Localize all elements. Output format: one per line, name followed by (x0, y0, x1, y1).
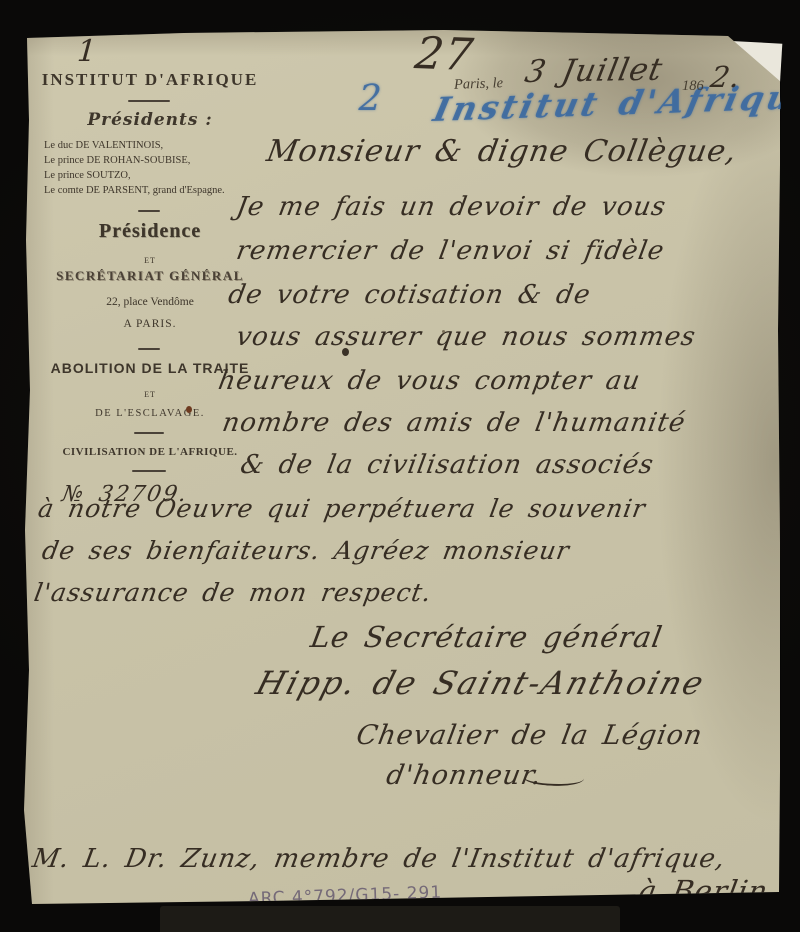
body-line: l'assurance de mon respect. (32, 578, 434, 607)
pen-flourish (724, 889, 777, 908)
signature-title: Chevalier de la Légion (354, 720, 705, 751)
dateline-year-digit: 2. (708, 60, 744, 94)
body-line: vous assurer que nous sommes (234, 322, 698, 352)
addressee-line: M. L. Dr. Zunz, membre de l'Institut d'a… (30, 844, 728, 874)
body-line: de votre cotisation & de (226, 280, 593, 310)
mission-civilisation: CIVILISATION DE L'AFRIQUE. (38, 446, 262, 458)
signature-title: d'honneur. (384, 760, 544, 791)
ink-speck (442, 330, 445, 333)
address-city: A PARIS. (38, 318, 262, 330)
divider (128, 100, 170, 102)
divider (134, 432, 164, 434)
president-line: Le duc DE VALENTINOIS, (44, 138, 274, 153)
presidence-label: Présidence (38, 220, 262, 243)
divider (132, 470, 166, 472)
folio-number-annotation: 27 (412, 28, 477, 81)
presidents-list: Le duc DE VALENTINOIS, Le prince DE ROHA… (44, 138, 274, 198)
letterhead-title: INSTITUT D'AFRIQUE (38, 70, 262, 90)
body-line: Je me fais un devoir de vous (234, 192, 669, 222)
closing-role: Le Secrétaire général (308, 620, 665, 654)
et-label: ET (38, 256, 262, 265)
divider (138, 348, 160, 350)
ink-speck (186, 406, 192, 413)
body-line: nombre des amis de l'humanité (220, 408, 688, 438)
blue-pencil-number: 2 (358, 78, 383, 119)
dateline-day-month: 3 Juillet (522, 52, 666, 90)
body-line: à notre Oeuvre qui perpétuera le souveni… (36, 494, 648, 523)
body-line: remercier de l'envoi si fidèle (234, 236, 667, 266)
secretariat-label: SECRÉTARIAT GÉNÉRAL (38, 268, 262, 284)
letter-page: 1 27 2 Institut d'Afrique INSTITUT D'AFR… (24, 30, 780, 904)
body-line: & de la civilisation associés (238, 450, 656, 480)
divider (138, 210, 160, 212)
president-line: Le prince SOUTZO, (44, 168, 274, 183)
dateline-printed-year: 186 (682, 78, 704, 95)
presidents-heading: Présidents : (38, 110, 262, 130)
page-number-annotation: 1 (76, 34, 99, 69)
body-line: heureux de vous compter au (216, 366, 643, 396)
salutation: Monsieur & digne Collègue, (264, 134, 740, 169)
signature: Hipp. de Saint-Anthoine (252, 664, 710, 702)
dateline-printed-place: Paris, le (454, 75, 504, 94)
body-line: de ses bienfaiteurs. Agréez monsieur (40, 536, 572, 565)
ink-speck (342, 348, 349, 356)
president-line: Le prince DE ROHAN-SOUBISE, (44, 153, 274, 168)
scan-background: 1 27 2 Institut d'Afrique INSTITUT D'AFR… (0, 0, 800, 932)
table-edge (160, 906, 620, 932)
